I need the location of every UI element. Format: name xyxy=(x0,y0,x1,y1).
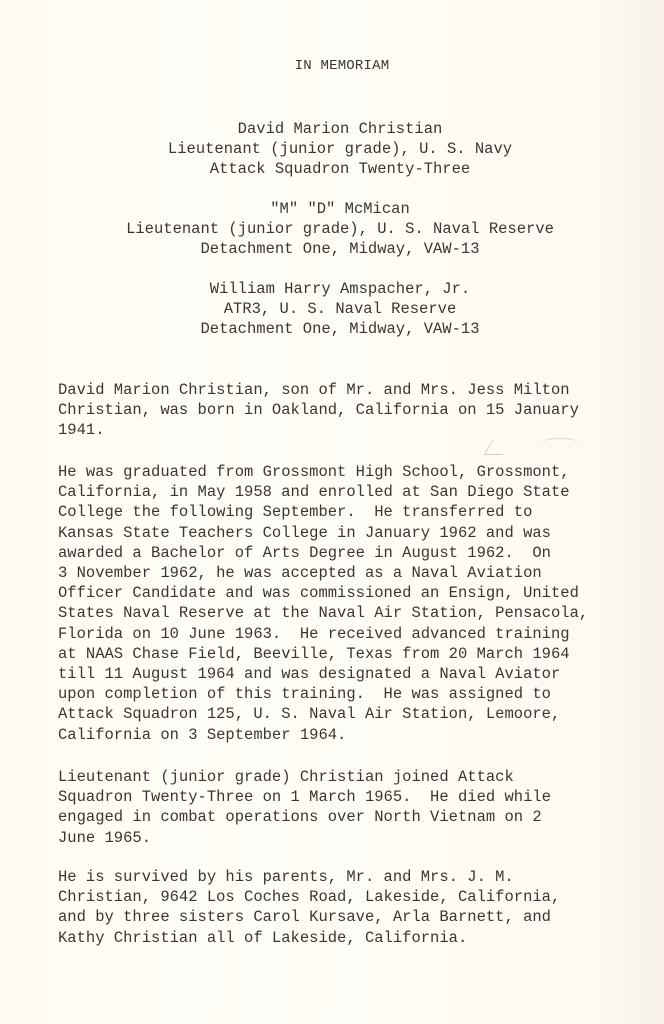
honoree-christian: David Marion Christian Lieutenant (junio… xyxy=(0,119,664,179)
text-line: Florida on 10 June 1963. He received adv… xyxy=(58,624,658,644)
honoree-amspacher: William Harry Amspacher, Jr. ATR3, U. S.… xyxy=(0,279,664,339)
text-line: at NAAS Chase Field, Beeville, Texas fro… xyxy=(58,644,658,664)
paragraph-birth: David Marion Christian, son of Mr. and M… xyxy=(58,380,658,441)
text-line: Kathy Christian all of Lakeside, Califor… xyxy=(58,928,658,948)
honoree-unit: Detachment One, Midway, VAW-13 xyxy=(16,319,664,339)
honoree-rank: Lieutenant (junior grade), U. S. Navy xyxy=(16,139,664,159)
text-line: Squadron Twenty-Three on 1 March 1965. H… xyxy=(58,787,658,807)
text-line: David Marion Christian, son of Mr. and M… xyxy=(58,380,658,400)
text-line: He was graduated from Grossmont High Sch… xyxy=(58,462,658,482)
text-line: California on 3 September 1964. xyxy=(58,725,658,745)
pencil-mark xyxy=(540,438,580,449)
text-line: Christian, was born in Oakland, Californ… xyxy=(58,400,658,420)
document-title: IN MEMORIAM xyxy=(0,58,664,74)
honoree-rank: Lieutenant (junior grade), U. S. Naval R… xyxy=(16,219,664,239)
text-line: 3 November 1962, he was accepted as a Na… xyxy=(58,563,658,583)
text-line: Officer Candidate and was commissioned a… xyxy=(58,583,658,603)
text-line: Kansas State Teachers College in January… xyxy=(58,523,658,543)
text-line: engaged in combat operations over North … xyxy=(58,807,658,827)
pencil-mark xyxy=(484,440,512,455)
paragraph-death: Lieutenant (junior grade) Christian join… xyxy=(58,767,658,848)
honoree-mcmican: "M" "D" McMican Lieutenant (junior grade… xyxy=(0,199,664,259)
paragraph-survivors: He is survived by his parents, Mr. and M… xyxy=(58,867,658,948)
text-line: College the following September. He tran… xyxy=(58,502,658,522)
text-line: upon completion of this training. He was… xyxy=(58,684,658,704)
text-line: awarded a Bachelor of Arts Degree in Aug… xyxy=(58,543,658,563)
honoree-name: William Harry Amspacher, Jr. xyxy=(16,279,664,299)
honoree-unit: Detachment One, Midway, VAW-13 xyxy=(16,239,664,259)
honoree-unit: Attack Squadron Twenty-Three xyxy=(16,159,664,179)
honoree-name: "M" "D" McMican xyxy=(16,199,664,219)
paragraph-education-career: He was graduated from Grossmont High Sch… xyxy=(58,462,658,745)
text-line: June 1965. xyxy=(58,828,658,848)
text-line: till 11 August 1964 and was designated a… xyxy=(58,664,658,684)
text-line: California, in May 1958 and enrolled at … xyxy=(58,482,658,502)
text-line: Lieutenant (junior grade) Christian join… xyxy=(58,767,658,787)
text-line: States Naval Reserve at the Naval Air St… xyxy=(58,603,658,623)
text-line: Attack Squadron 125, U. S. Naval Air Sta… xyxy=(58,704,658,724)
honoree-rank: ATR3, U. S. Naval Reserve xyxy=(16,299,664,319)
honoree-name: David Marion Christian xyxy=(16,119,664,139)
typewritten-page: IN MEMORIAM David Marion Christian Lieut… xyxy=(0,0,664,1024)
text-line: Christian, 9642 Los Coches Road, Lakesid… xyxy=(58,887,658,907)
text-line: and by three sisters Carol Kursave, Arla… xyxy=(58,907,658,927)
text-line: He is survived by his parents, Mr. and M… xyxy=(58,867,658,887)
